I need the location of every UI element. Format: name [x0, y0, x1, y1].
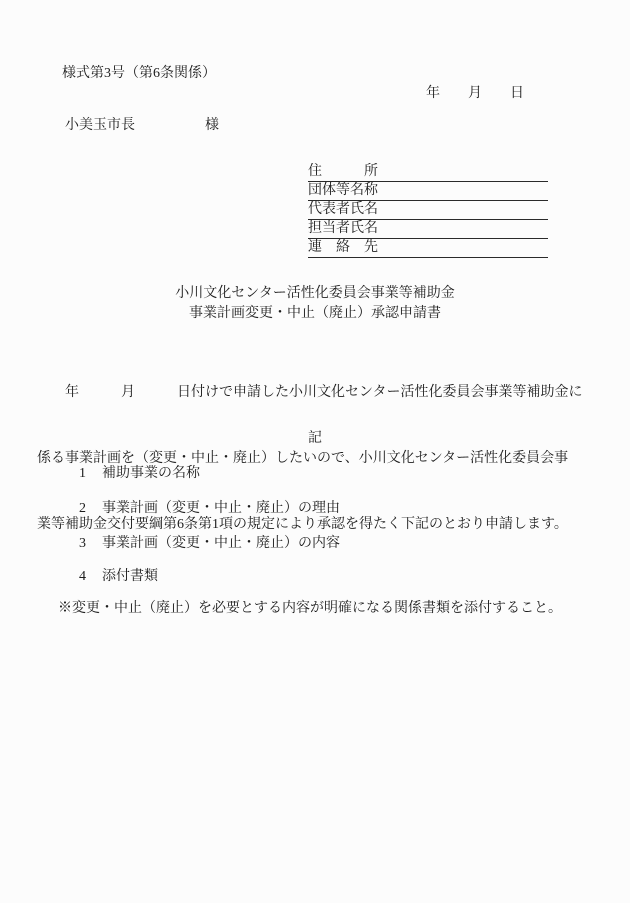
attachment-note: ※変更・中止（廃止）を必要とする内容が明確になる関係書類を添付すること。 [58, 597, 562, 617]
list-item-2-text: 事業計画（変更・中止・廃止）の理由 [102, 501, 340, 516]
form-number: 様式第3号（第6条関係） [62, 62, 216, 82]
applicant-field-address: 住 所 [308, 163, 548, 182]
applicant-field-contact-person-name: 担当者氏名 [308, 220, 548, 239]
applicant-field-contact-info: 連 絡 先 [308, 239, 548, 258]
applicant-info-block: 住 所 団体等名称 代表者氏名 担当者氏名 連 絡 先 [308, 163, 548, 258]
list-item-4: 4添付書類 [65, 549, 158, 601]
date-line: 年 月 日 [0, 82, 630, 102]
ki-heading: 記 [0, 427, 630, 447]
document-title-line1: 小川文化センター活性化委員会事業等補助金 [0, 284, 630, 304]
document-title: 小川文化センター活性化委員会事業等補助金 事業計画変更・中止（廃止）承認申請書 [0, 284, 630, 324]
list-item-2-number: 2 [79, 501, 102, 517]
addressee: 小美玉市長 様 [65, 114, 219, 134]
list-item-1-text: 補助事業の名称 [102, 466, 200, 481]
document-page: 様式第3号（第6条関係） 年 月 日 小美玉市長 様 住 所 団体等名称 代表者… [0, 0, 630, 903]
applicant-field-organization-name: 団体等名称 [308, 182, 548, 201]
document-title-line2: 事業計画変更・中止（廃止）承認申請書 [0, 304, 630, 324]
list-item-4-number: 4 [79, 569, 102, 585]
body-paragraph-line1: 年 月 日付けで申請した小川文化センター活性化委員会事業等補助金に [37, 382, 577, 404]
list-item-1-number: 1 [79, 466, 102, 482]
list-item-4-text: 添付書類 [102, 569, 158, 584]
applicant-field-representative-name: 代表者氏名 [308, 201, 548, 220]
